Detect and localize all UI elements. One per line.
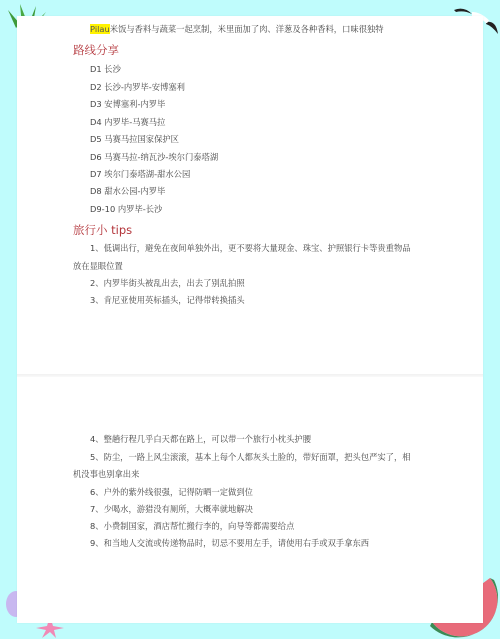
tip-item: 8、小费制国家，酒店帮忙搬行李的，向导等都需要给点 [90,521,294,532]
tip-item-line2: 放在显眼位置 [73,261,123,272]
route-item: D5 马赛马拉国家保护区 [90,134,179,145]
intro-line: Pilau米饭与香料与蔬菜一起烹制，米里面加了肉、洋葱及各种香料，口味很独特 [90,24,384,35]
highlighted-term: Pilau [90,24,110,34]
page-divider [17,374,483,377]
tip-item-line1: 5、防尘，一路上风尘滚滚，基本上每个人都灰头土脸的，带好面罩，把头包严实了，相 [90,452,411,463]
tip-item-line1: 1、低调出行，避免在夜间单独外出，更不要将大量现金、珠宝、护照银行卡等贵重物品 [90,243,411,254]
tips-heading: 旅行小 tips [73,222,132,238]
route-item: D3 安博塞利-内罗毕 [90,99,165,110]
route-item: D6 马赛马拉-纳瓦沙-埃尔门泰塔湖 [90,152,218,163]
intro-text: 米饭与香料与蔬菜一起烹制，米里面加了肉、洋葱及各种香料，口味很独特 [110,24,384,34]
tip-item: 3、肯尼亚使用英标插头，记得带转换插头 [90,295,245,306]
route-heading: 路线分享 [73,42,119,58]
route-item: D7 埃尔门泰塔湖-甜水公园 [90,169,190,180]
route-item: D2 长沙-内罗毕-安博塞利 [90,82,185,93]
tip-item: 7、少喝水，游猎没有厕所，大概率就地解决 [90,504,253,515]
tip-item-line2: 机没事也别拿出来 [73,469,139,480]
route-item: D1 长沙 [90,64,121,75]
route-item: D4 内罗毕-马赛马拉 [90,117,165,128]
tip-item: 9、和当地人交流或传递物品时，切忌不要用左手，请使用右手或双手拿东西 [90,538,369,549]
tip-item: 4、整趟行程几乎白天都在路上，可以带一个旅行小枕头护腰 [90,434,311,445]
tip-item: 6、户外的紫外线很强，记得防晒一定做到位 [90,487,253,498]
route-item: D9-10 内罗毕-长沙 [90,204,162,215]
tip-item: 2、内罗毕街头被乱出去，出去了别乱拍照 [90,278,245,289]
route-item: D8 甜水公园-内罗毕 [90,186,165,197]
